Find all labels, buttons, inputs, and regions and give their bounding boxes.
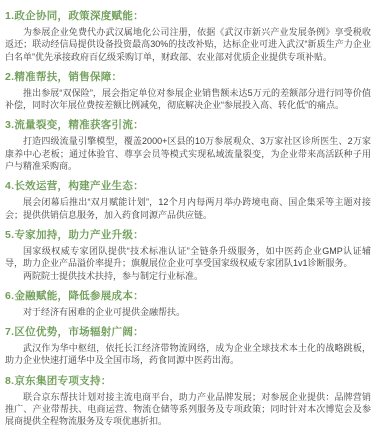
section-4-heading: 4.长效运营，构建产业生态： [5, 180, 371, 193]
section-5: 5.专家加持，助力产业升级： 国家级权威专家团队提供“技术标准认证”全链条升级服… [5, 229, 371, 282]
section-1-heading: 1.政企协同，政策深度赋能： [5, 10, 371, 23]
section-6: 6.金融赋能，降低参展成本： 对于经济有困难的企业可提供金融帮扶。 [5, 290, 371, 318]
section-1-paragraph: 为参展企业免费代办武汉属地化公司注册，依据《武汉市新兴产业发展条例》享受税收返还… [5, 26, 371, 63]
section-8: 8.京东集团专项支持： 联合京东帮扶计划对接主流电商平台，助力产业品牌发展；对参… [5, 375, 371, 428]
section-3-heading: 3.流量裂变，精准获客引流： [5, 119, 371, 132]
section-5-paragraph-2: 两院院士提供技术扶持，参与制定行业标准。 [5, 270, 371, 282]
section-7: 7.区位优势，市场辐射广阔： 武汉作为华中枢纽，依托长江经济带物流网络，成为企业… [5, 326, 371, 367]
section-4: 4.长效运营，构建产业生态： 展会闭幕后推出“双月赋能计划”，12个月内每两月举… [5, 180, 371, 221]
section-7-paragraph: 武汉作为华中枢纽，依托长江经济带物流网络，成为企业全球技术本土化的战略跳板，助力… [5, 342, 371, 367]
section-5-heading: 5.专家加持，助力产业升级： [5, 229, 371, 242]
section-5-paragraph-1: 国家级权威专家团队提供“技术标准认证”全链条升级服务，如中医药企业GMP认证辅导… [5, 245, 371, 270]
section-1: 1.政企协同，政策深度赋能： 为参展企业免费代办武汉属地化公司注册，依据《武汉市… [5, 10, 371, 63]
section-6-paragraph: 对于经济有困难的企业可提供金融帮扶。 [5, 306, 371, 318]
section-3-paragraph: 打造四级流量引擎模型，覆盖2000+区县的10万参展观众、3万家社区诊所医生、2… [5, 135, 371, 172]
section-3: 3.流量裂变，精准获客引流： 打造四级流量引擎模型，覆盖2000+区县的10万参… [5, 119, 371, 172]
section-7-heading: 7.区位优势，市场辐射广阔： [5, 326, 371, 339]
section-2-heading: 2.精准帮扶，销售保障： [5, 71, 371, 84]
policy-support-document: 1.政企协同，政策深度赋能： 为参展企业免费代办武汉属地化公司注册，依据《武汉市… [0, 0, 375, 430]
section-2-paragraph: 推出参展“双保险”，展会指定单位对参展企业销售额未达5万元的差额部分进行同等价值… [5, 87, 371, 112]
section-4-paragraph: 展会闭幕后推出“双月赋能计划”，12个月内每两月举办跨境电商、国企集采等主题对接… [5, 196, 371, 221]
section-8-heading: 8.京东集团专项支持： [5, 375, 371, 388]
section-2: 2.精准帮扶，销售保障： 推出参展“双保险”，展会指定单位对参展企业销售额未达5… [5, 71, 371, 112]
section-8-paragraph: 联合京东帮扶计划对接主流电商平台，助力产业品牌发展；对参展企业提供：品牌营销推广… [5, 391, 371, 428]
section-6-heading: 6.金融赋能，降低参展成本： [5, 290, 371, 303]
